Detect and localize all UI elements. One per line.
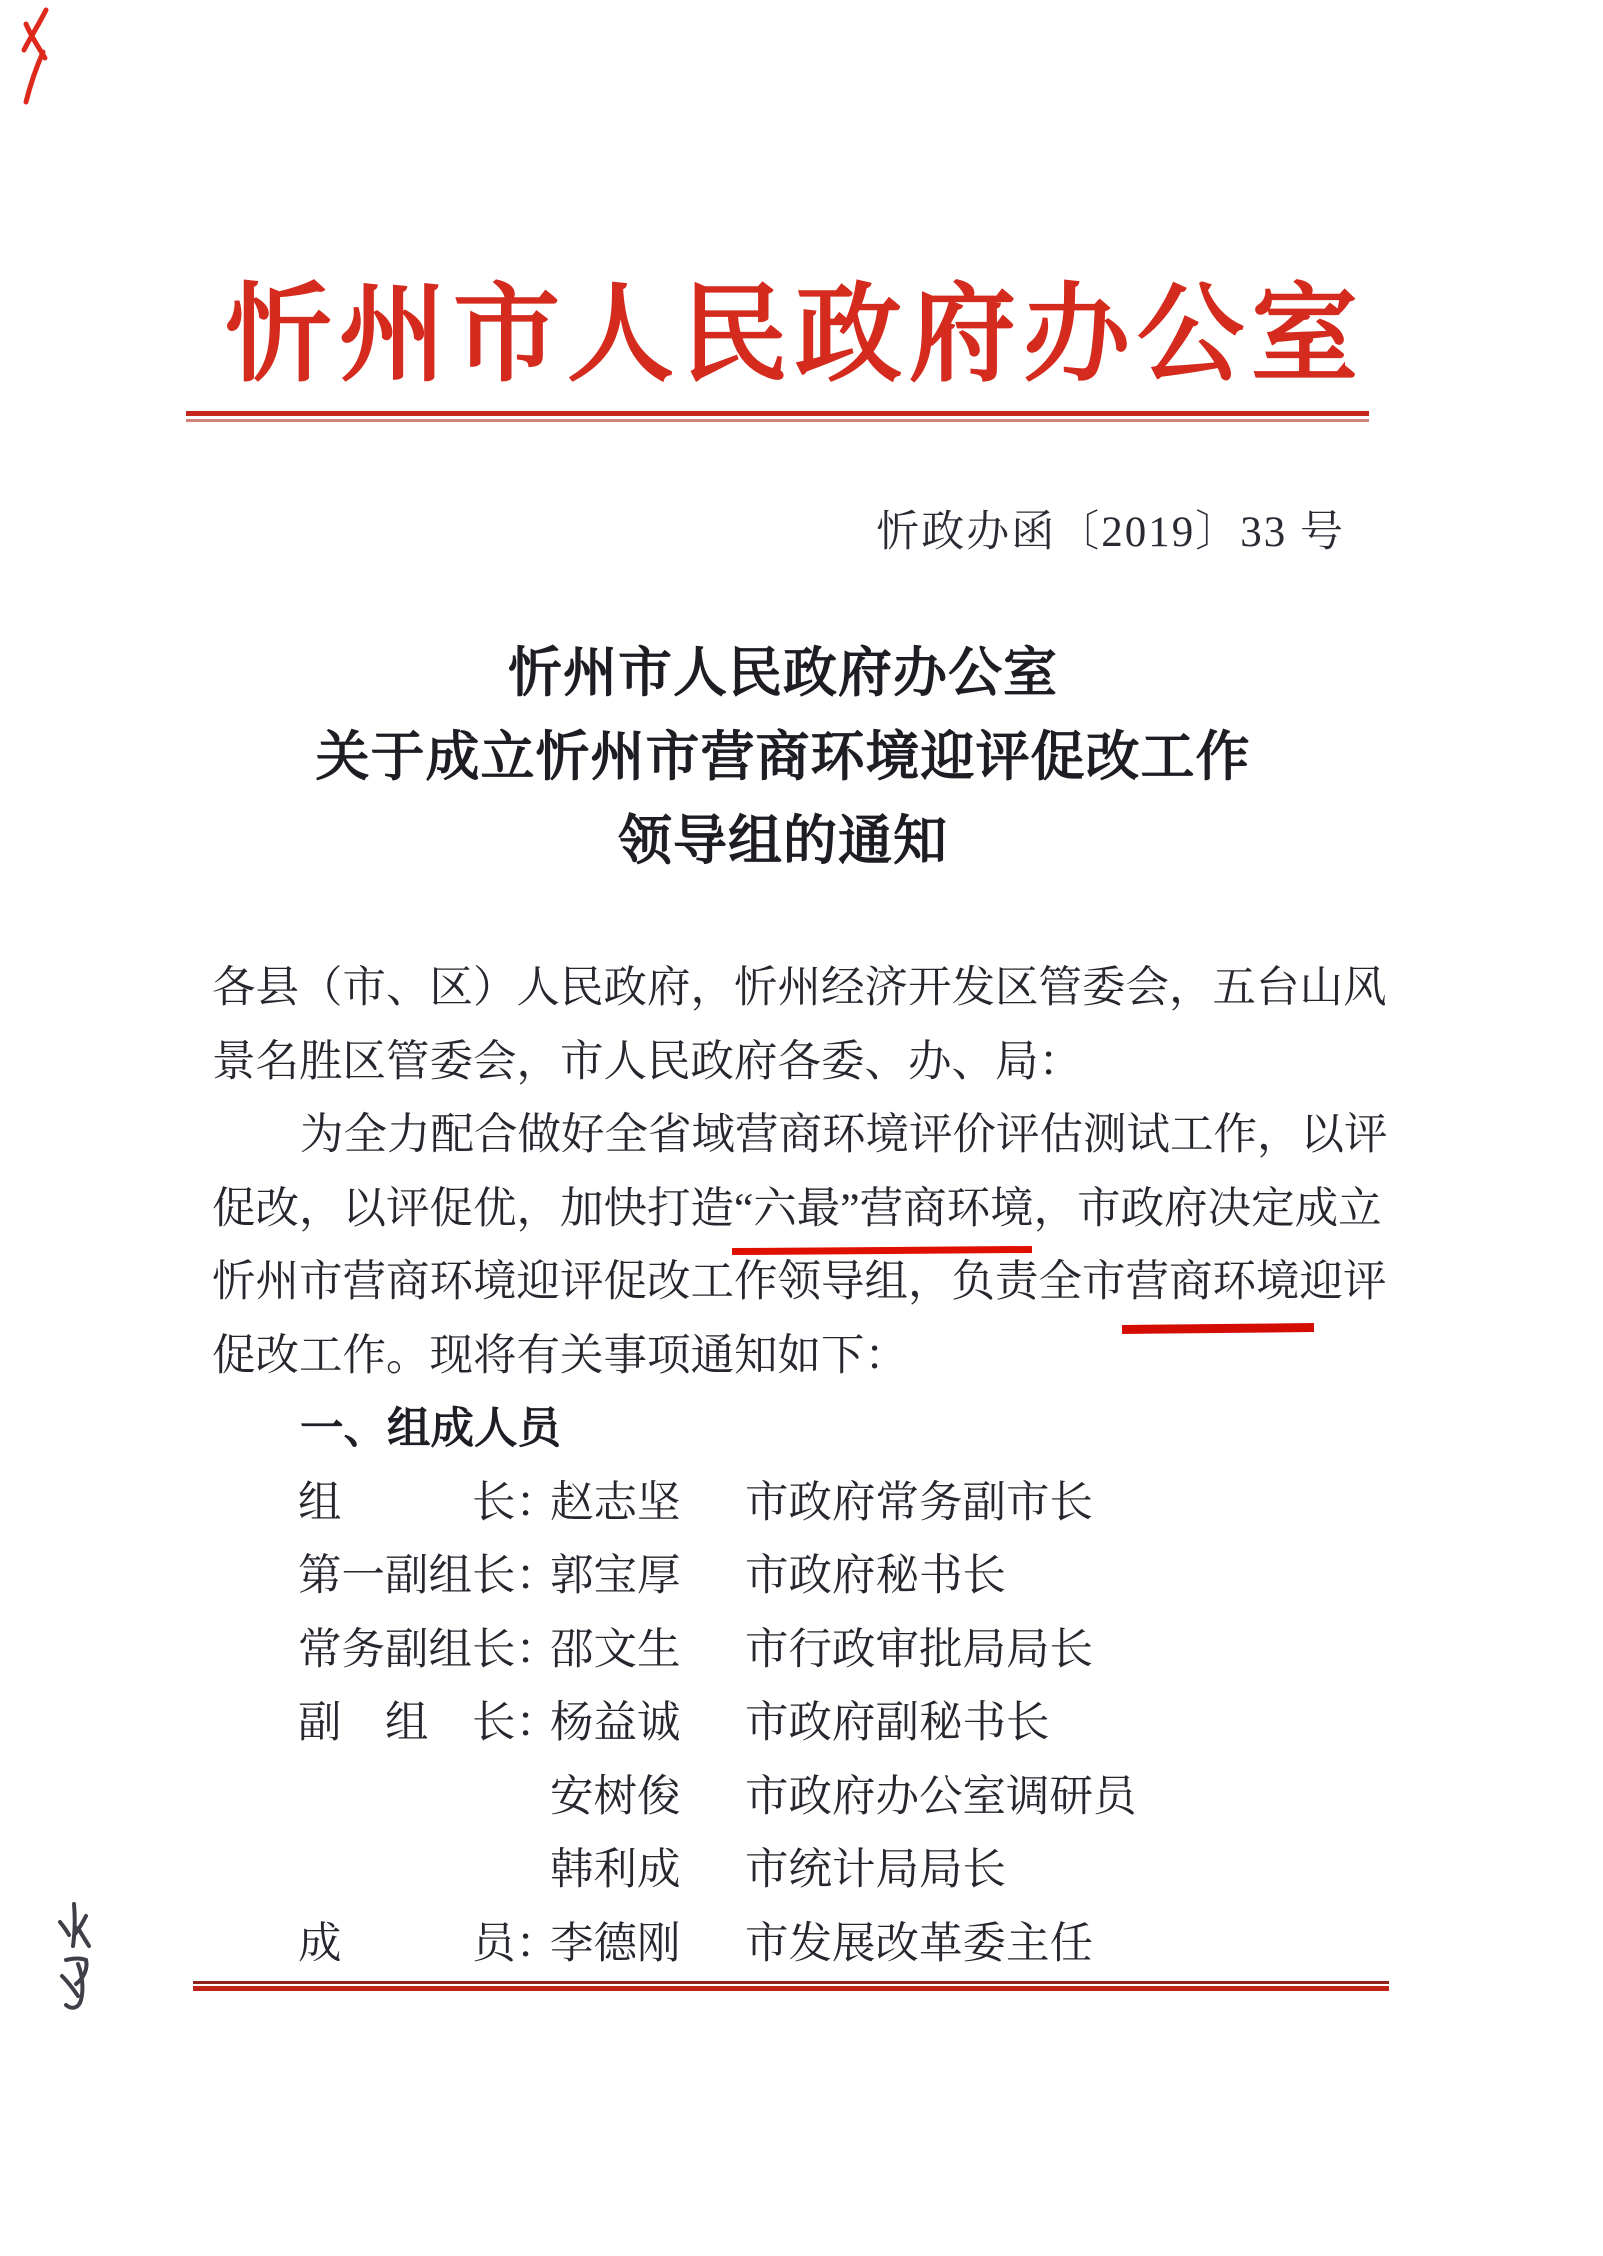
- member-row: 成 员： 李德刚 市发展改革委主任: [212, 1908, 1387, 1982]
- member-row: 韩利成 市统计局局长: [212, 1834, 1387, 1908]
- paragraph-line: 为全力配合做好全省域营商环境评价评估测试工作，以评: [212, 1099, 1387, 1173]
- red-underlined-phrase: 营商环境: [1126, 1246, 1300, 1320]
- title-line-1: 忻州市人民政府办公室: [0, 631, 1566, 715]
- member-row: 组 长： 赵志坚 市政府常务副市长: [212, 1467, 1387, 1541]
- member-name: 韩利成: [550, 1834, 681, 1908]
- rule-thick-line: [193, 1986, 1389, 1991]
- member-title: 市政府办公室调研员: [745, 1761, 1137, 1835]
- masthead-double-rule: [186, 411, 1369, 422]
- red-scribble-icon: [12, 4, 66, 114]
- member-name: 李德刚: [550, 1908, 681, 1982]
- title-line-2: 关于成立忻州市营商环境迎评促改工作: [0, 715, 1566, 799]
- paragraph-text: 迎评: [1300, 1258, 1387, 1306]
- member-title: 市政府秘书长: [745, 1540, 1006, 1614]
- member-title: 市统计局局长: [745, 1834, 1006, 1908]
- scanned-document-page: { "masthead": "忻州市人民政府办公室", "doc_number"…: [0, 0, 1603, 2256]
- paragraph-line: 忻州市营商环境迎评促改工作领导组，负责全市营商环境迎评: [212, 1246, 1387, 1320]
- member-role-label: 第一副组长：: [298, 1540, 559, 1614]
- footer-double-rule: [193, 1981, 1389, 1991]
- member-name: 赵志坚: [550, 1467, 681, 1541]
- member-row: 安树俊 市政府办公室调研员: [212, 1761, 1387, 1835]
- rule-thin-line: [186, 419, 1369, 422]
- document-number: 忻政办函〔2019〕33 号: [876, 498, 1345, 559]
- masthead-agency-name: 忻州市人民政府办公室: [0, 248, 1590, 402]
- member-title: 市政府常务副市长: [745, 1467, 1093, 1541]
- red-underlined-phrase: “六最”营商环境: [734, 1173, 1034, 1247]
- paragraph-text: 促改，以评促优，加快打造: [212, 1185, 734, 1233]
- section-heading: 一、组成人员: [212, 1393, 1387, 1467]
- member-row: 副 组 长： 杨益诚 市政府副秘书长: [212, 1687, 1387, 1761]
- member-title: 市政府副秘书长: [745, 1687, 1050, 1761]
- member-title: 市行政审批局局长: [745, 1614, 1093, 1688]
- document-body: 各县（市、区）人民政府，忻州经济开发区管委会，五台山风 景名胜区管委会，市人民政…: [212, 952, 1387, 1981]
- salutation-line: 景名胜区管委会，市人民政府各委、办、局：: [212, 1026, 1387, 1100]
- red-pen-scribble-mark: [12, 4, 66, 119]
- member-row: 常务副组长： 邵文生 市行政审批局局长: [212, 1614, 1387, 1688]
- member-title: 市发展改革委主任: [745, 1908, 1093, 1982]
- member-role-label: 组 长：: [298, 1467, 559, 1541]
- member-role-label: 成 员：: [298, 1908, 559, 1982]
- document-title: 忻州市人民政府办公室 关于成立忻州市营商环境迎评促改工作 领导组的通知: [0, 631, 1566, 883]
- handwriting-icon: [48, 1898, 104, 2028]
- paragraph-text: 忻州市营商环境迎评促改工作领导组，负责全市: [212, 1258, 1126, 1306]
- paragraph-line: 促改，以评促优，加快打造“六最”营商环境，市政府决定成立: [212, 1173, 1387, 1247]
- handwriting-mark: [48, 1898, 104, 2033]
- member-role-label: 常务副组长：: [298, 1614, 559, 1688]
- title-line-3: 领导组的通知: [0, 799, 1566, 883]
- member-name: 郭宝厚: [550, 1540, 681, 1614]
- member-row: 第一副组长： 郭宝厚 市政府秘书长: [212, 1540, 1387, 1614]
- salutation-line: 各县（市、区）人民政府，忻州经济开发区管委会，五台山风: [212, 952, 1387, 1026]
- paragraph-text: ，市政府决定成立: [1034, 1185, 1382, 1233]
- member-name: 安树俊: [550, 1761, 681, 1835]
- member-name: 杨益诚: [550, 1687, 681, 1761]
- member-role-label: 副 组 长：: [298, 1687, 559, 1761]
- member-name: 邵文生: [550, 1614, 681, 1688]
